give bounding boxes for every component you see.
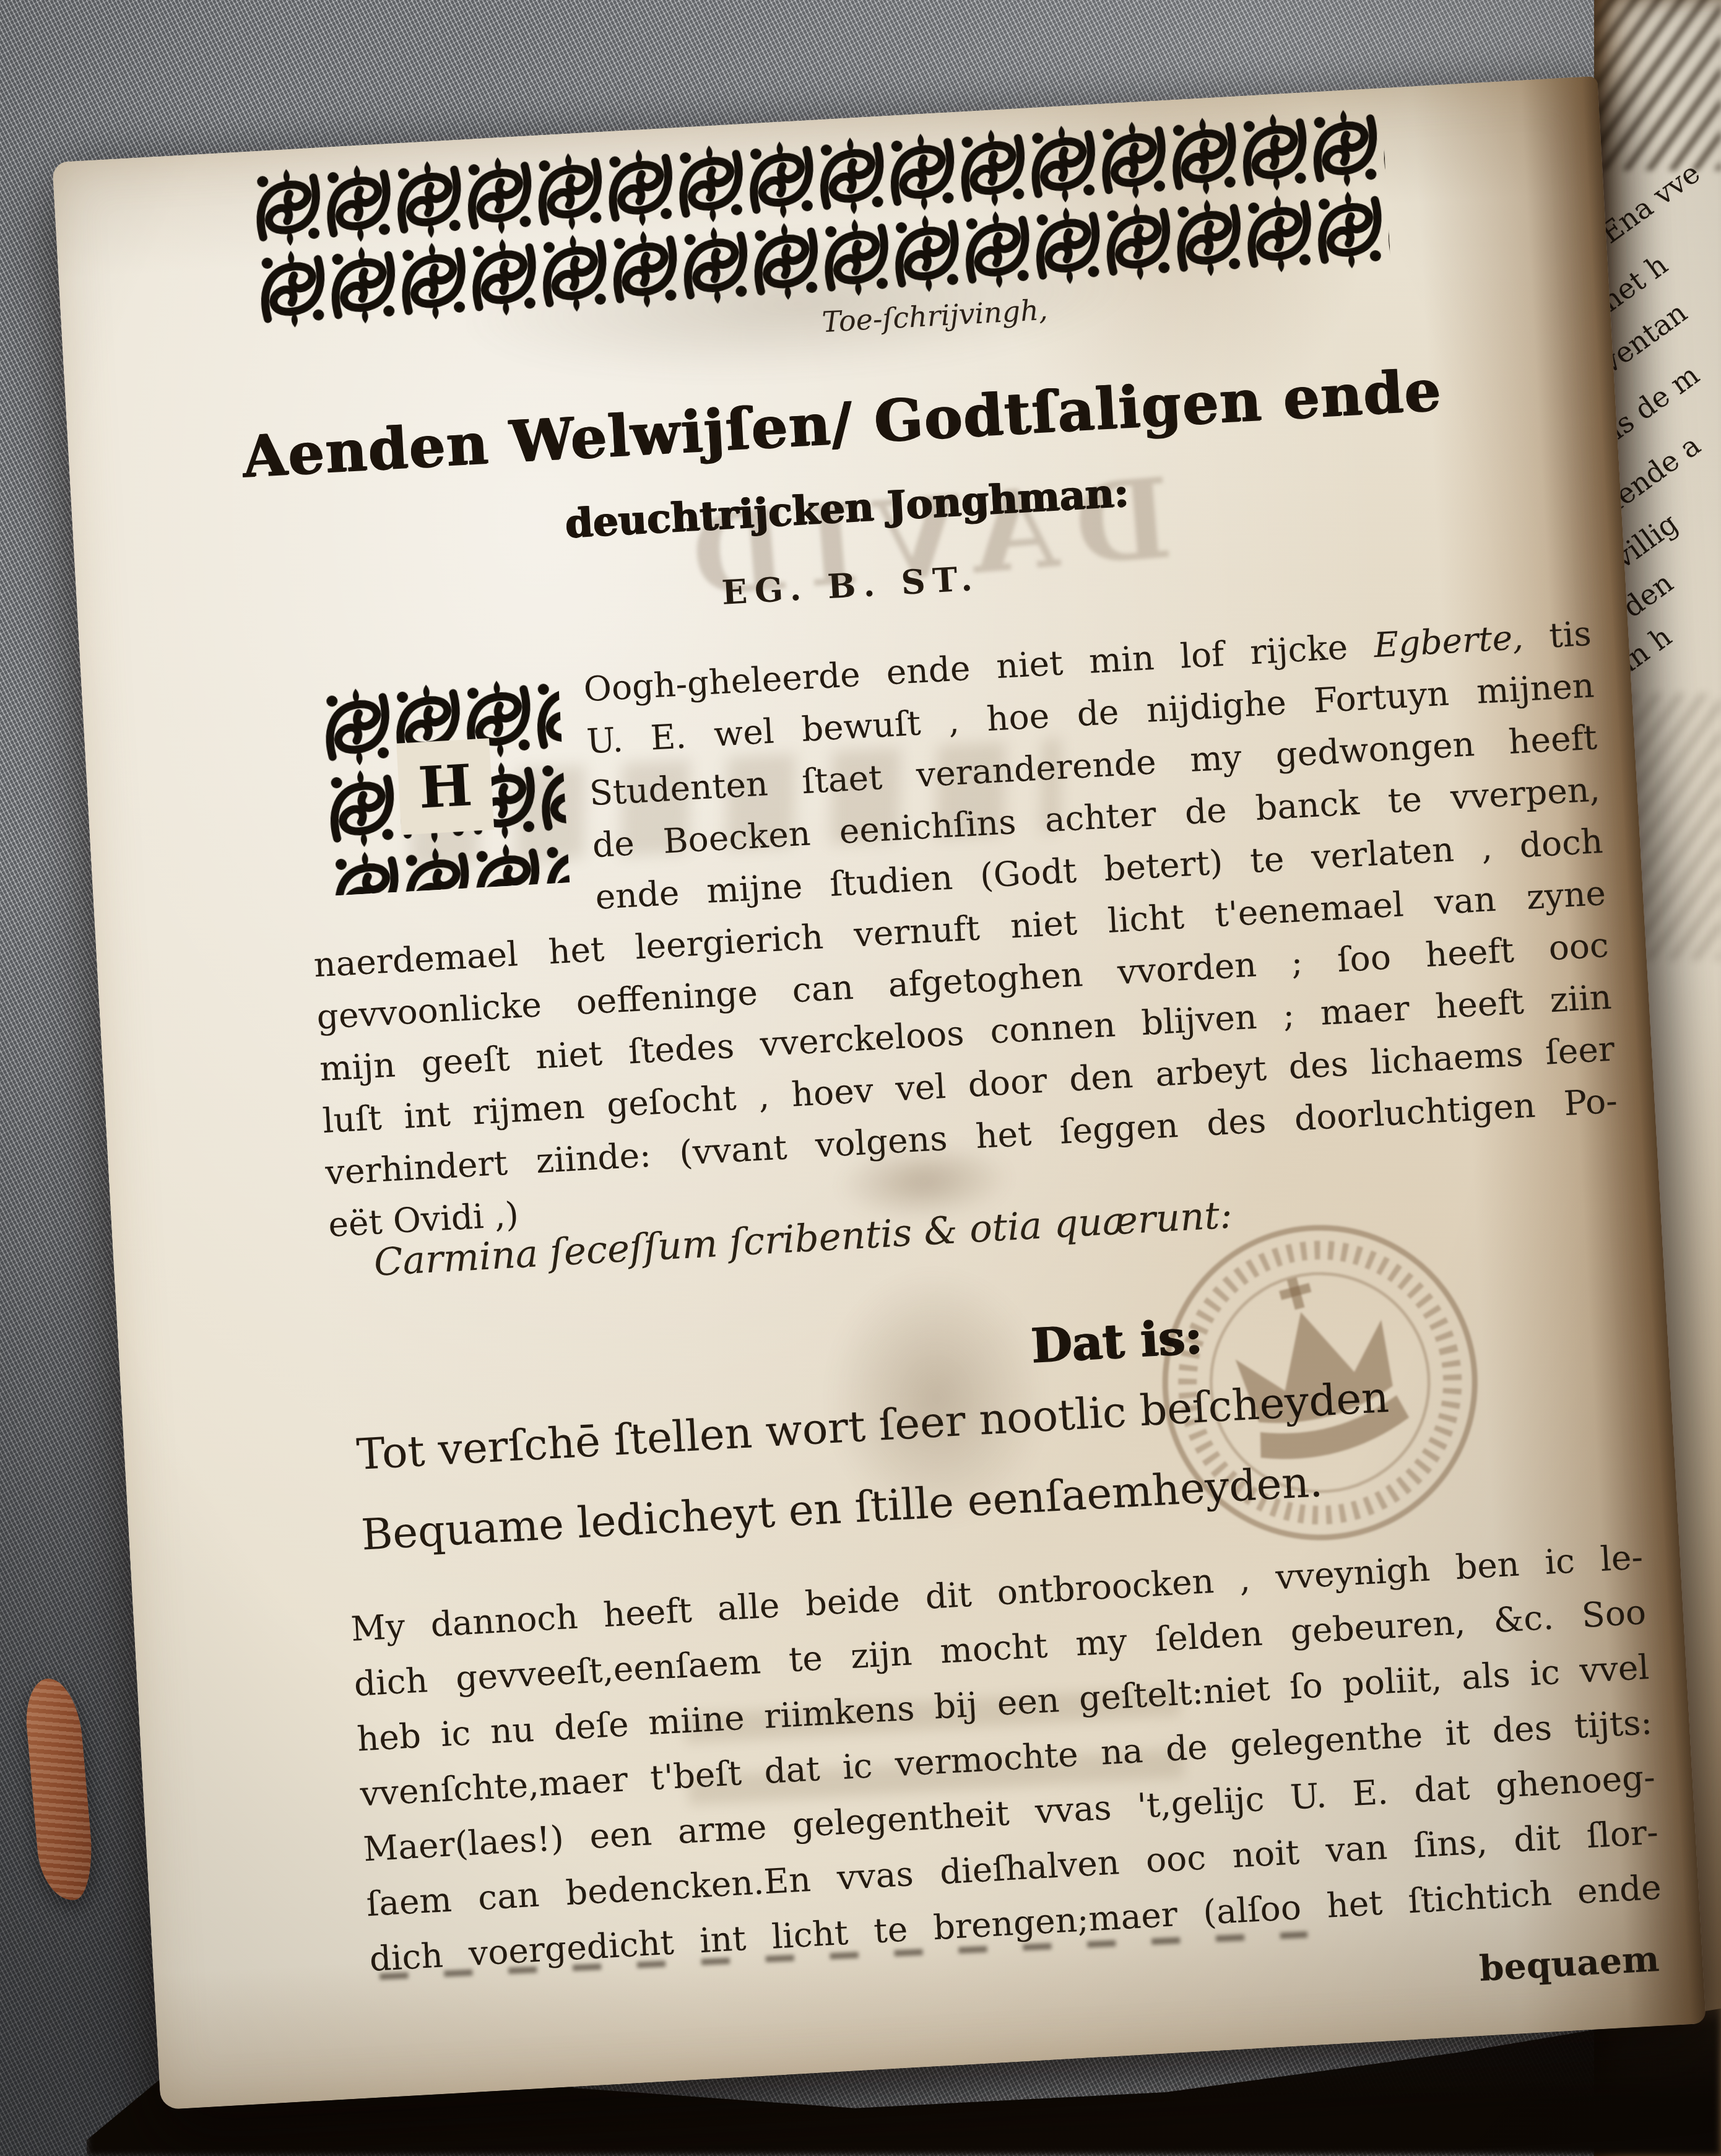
photo-of-open-book: Ena vve het h ventan ns de m nende a vvi… <box>0 0 1721 2156</box>
paragraph-emphasis: Egberte, <box>1372 617 1524 665</box>
book-page: DAVID Toe-ſchrijvingh, Aende <box>52 76 1706 2110</box>
catchword: bequaem <box>1478 1938 1660 1989</box>
adjacent-page-blurred-text <box>1594 0 1721 170</box>
crown-icon <box>1218 1259 1413 1472</box>
paragraph-text: tis <box>1522 614 1593 657</box>
text-column: Oogh-gheleerde ende niet min lof rijcke … <box>268 78 1669 2098</box>
